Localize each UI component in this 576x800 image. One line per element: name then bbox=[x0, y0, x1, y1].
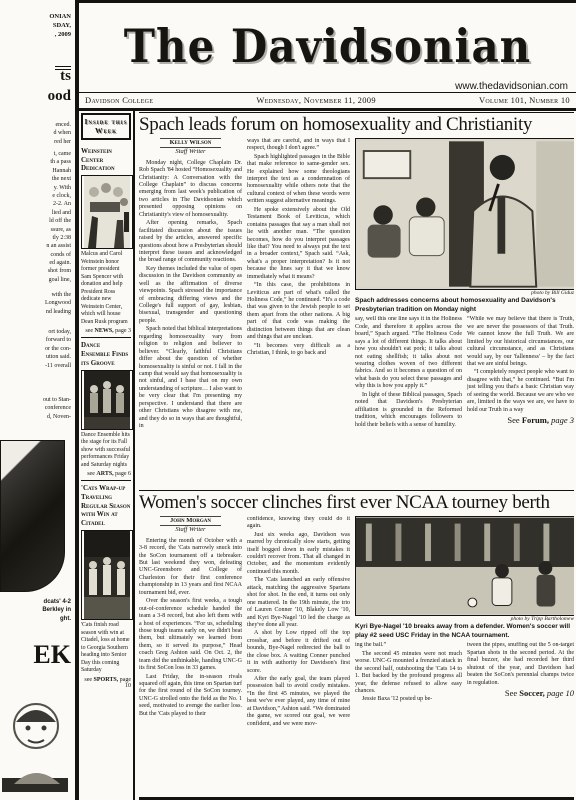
sidebar-item-desc: 'Cats finish road season with win at Cit… bbox=[81, 622, 131, 675]
article1-byline: Kelly Wilson Staff Writer bbox=[139, 138, 242, 157]
sidebar-item-cats-wrapup: 'Cats Wrap-up Traveling Regular Season w… bbox=[81, 481, 131, 691]
body-paragraph: confidence, knowing they could do it aga… bbox=[247, 516, 350, 531]
article1-lower-columns: say, well this one line says it in the H… bbox=[355, 316, 574, 430]
cropped-edge-strip: ONIAN SDAY, , 2009 ts ood enced. d when … bbox=[0, 0, 79, 800]
paper-title: The Davidsonian bbox=[79, 0, 576, 72]
edge-photo-fragment bbox=[0, 440, 65, 592]
article-womens-soccer: Women's soccer clinches first ever NCAA … bbox=[139, 490, 574, 800]
edge-fragment-b: t, came th a pass Hannah the next y. Wit… bbox=[46, 150, 71, 284]
articles-area: Spach leads forum on homosexuality and C… bbox=[135, 111, 576, 800]
article2-column-3: ing the ball.” The second 45 minutes wer… bbox=[355, 642, 462, 705]
inside-this-week-sidebar: Inside this Week Weinstein Center Dedica… bbox=[79, 111, 135, 800]
article2-photo-zone: photo by Tripp Bartholomew Kyri Bye-Nage… bbox=[355, 516, 574, 729]
sidebar-item-ref: see ARTS, page 6 bbox=[81, 471, 131, 477]
article1-photo-zone: photo by Bill Giduz Spach addresses conc… bbox=[355, 138, 574, 432]
edge-face-sketch bbox=[2, 692, 68, 792]
body-paragraph: “I completely respect people who want to… bbox=[467, 369, 574, 414]
edge-fragment-masthead: ONIAN SDAY, , 2009 bbox=[49, 12, 71, 39]
sidebar-item-title: Dance Ensemble Finds its Groove bbox=[81, 341, 131, 367]
body-paragraph: After the early goal, the team played po… bbox=[247, 676, 350, 728]
body-paragraph: Key themes included the value of open di… bbox=[139, 266, 242, 326]
edge-fragment-e: out to Stan- conference d, Noven- bbox=[43, 396, 71, 421]
weinstein-dedication-photo bbox=[81, 175, 133, 249]
dance-ensemble-photo bbox=[81, 370, 133, 430]
body-paragraph: “It becomes very difficult as a Christia… bbox=[247, 343, 350, 358]
body-paragraph: Over the season's first weeks, a tough o… bbox=[139, 598, 242, 672]
page-content: Inside this Week Weinstein Center Dedica… bbox=[79, 111, 576, 800]
spach-forum-photo bbox=[355, 138, 574, 290]
edge-fragment-large-1: ts bbox=[60, 68, 71, 85]
newspaper-front-page: ONIAN SDAY, , 2009 ts ood enced. d when … bbox=[0, 0, 576, 800]
article2-photo-credit: photo by Tripp Bartholomew bbox=[355, 616, 574, 622]
body-paragraph: “In this case, the prohibitions in Levit… bbox=[247, 282, 350, 342]
byline-role: Staff Writer bbox=[139, 526, 242, 534]
dateline-bar: Davidson College Wednesday, November 11,… bbox=[79, 92, 576, 111]
edge-fragment-c: with the Longwood nd leading bbox=[45, 291, 71, 316]
sidebar-item-ref: see NEWS, page 3 bbox=[81, 328, 131, 334]
body-paragraph: “While we may believe that there is Trut… bbox=[467, 316, 574, 368]
inside-this-week-header: Inside this Week bbox=[81, 113, 131, 140]
article2-lower-columns: ing the ball.” The second 45 minutes wer… bbox=[355, 642, 574, 705]
article2-body: John Morgan Staff Writer Entering the mo… bbox=[139, 516, 574, 729]
article1-photo-caption: Spach addresses concerns about homosexua… bbox=[355, 297, 574, 315]
body-paragraph: Entering the month of October with a 3-8… bbox=[139, 538, 242, 598]
sidebar-item-title: Weinstein Center Dedication bbox=[81, 147, 131, 173]
article2-column-2: confidence, knowing they could do it aga… bbox=[247, 516, 350, 729]
body-paragraph: Spach highlighted passages in the Bible … bbox=[247, 154, 350, 206]
body-paragraph: ways that are careful, and in ways that … bbox=[247, 138, 350, 153]
body-paragraph: Monday night, College Chaplain Dr. Rob S… bbox=[139, 160, 242, 220]
article2-photo-caption: Kyri Bye-Nagel '10 breaks away from a de… bbox=[355, 623, 574, 641]
edge-fragment-a: enced. d when red her bbox=[54, 121, 72, 146]
byline-name: John Morgan bbox=[160, 516, 221, 526]
article1-jump-reference: See Forum, page 3 bbox=[467, 415, 574, 426]
article2-byline: John Morgan Staff Writer bbox=[139, 516, 242, 535]
article1-column-3: say, well this one line says it in the H… bbox=[355, 316, 462, 430]
sidebar-item-desc: Malcus and Carol Weinstein honor former … bbox=[81, 251, 131, 326]
byline-role: Staff Writer bbox=[139, 148, 242, 156]
edge-fragment-large-2: ood bbox=[48, 88, 71, 105]
sidebar-item-desc: Dance Ensemble hits the stage for its Fa… bbox=[81, 432, 131, 470]
issue-date: Wednesday, November 11, 2009 bbox=[256, 95, 376, 105]
body-paragraph: say, well this one line says it in the H… bbox=[355, 316, 462, 390]
sidebar-item-dance: Dance Ensemble Finds its Groove Dance En… bbox=[81, 338, 131, 481]
college-name: Davidson College bbox=[85, 95, 153, 105]
article2-jump-reference: See Soccer, page 10 bbox=[467, 688, 574, 699]
body-paragraph: He spoke extensively about the Old Testa… bbox=[247, 207, 350, 281]
soccer-game-photo bbox=[355, 516, 574, 616]
byline-name: Kelly Wilson bbox=[160, 138, 222, 148]
body-paragraph: Last Friday, the in-season rivals square… bbox=[139, 674, 242, 719]
edge-fragment-d: ort today, forward to or the con- utton … bbox=[45, 328, 71, 370]
body-paragraph: ing the ball.” bbox=[355, 642, 462, 649]
edge-fragment-f: dcats' 4-2 Berkley in ght. bbox=[42, 598, 71, 623]
body-paragraph: In light of these Biblical passages, Spa… bbox=[355, 392, 462, 429]
article2-column-4: tween the pipes, snuffing out the 5 on-t… bbox=[467, 642, 574, 705]
article1-column-1: Kelly Wilson Staff Writer Monday night, … bbox=[139, 138, 242, 432]
citadel-win-photo bbox=[81, 530, 133, 620]
website-url: www.thedavidsonian.com bbox=[455, 81, 568, 92]
article1-body: Kelly Wilson Staff Writer Monday night, … bbox=[139, 138, 574, 432]
body-paragraph: After opening remarks, Spach facilitated… bbox=[139, 220, 242, 265]
body-paragraph: The second 45 minutes were not much wors… bbox=[355, 651, 462, 696]
body-paragraph: Jessie Baxa '12 posted up be- bbox=[355, 696, 462, 703]
article1-column-2: ways that are careful, and in ways that … bbox=[247, 138, 350, 432]
edge-fragment-large-3: EK bbox=[33, 640, 71, 670]
main-page: The Davidsonian www.thedavidsonian.com D… bbox=[79, 0, 576, 800]
sidebar-item-ref: see SPORTS, page 10 bbox=[81, 677, 131, 689]
volume-number: Volume 101, Number 10 bbox=[479, 95, 570, 105]
masthead: The Davidsonian www.thedavidsonian.com D… bbox=[79, 3, 576, 111]
body-paragraph: Just six weeks ago, Davidson was marred … bbox=[247, 532, 350, 577]
body-paragraph: The 'Cats launched an early offensive at… bbox=[247, 577, 350, 629]
article-spach-forum: Spach leads forum on homosexuality and C… bbox=[139, 112, 574, 490]
article1-headline: Spach leads forum on homosexuality and C… bbox=[139, 112, 574, 136]
article1-column-4: “While we may believe that there is Trut… bbox=[467, 316, 574, 430]
sidebar-item-weinstein: Weinstein Center Dedication Malcus and C… bbox=[81, 144, 131, 339]
body-paragraph: A shot by Low ripped off the top crossba… bbox=[247, 630, 350, 675]
article2-column-1: John Morgan Staff Writer Entering the mo… bbox=[139, 516, 242, 729]
body-paragraph: tween the pipes, snuffing out the 5 on-t… bbox=[467, 642, 574, 687]
sidebar-item-title: 'Cats Wrap-up Traveling Regular Season w… bbox=[81, 484, 131, 528]
article2-headline: Women's soccer clinches first ever NCAA … bbox=[139, 490, 574, 514]
body-paragraph: Spach noted that biblical interpretation… bbox=[139, 326, 242, 430]
article1-photo-credit: photo by Bill Giduz bbox=[355, 290, 574, 296]
